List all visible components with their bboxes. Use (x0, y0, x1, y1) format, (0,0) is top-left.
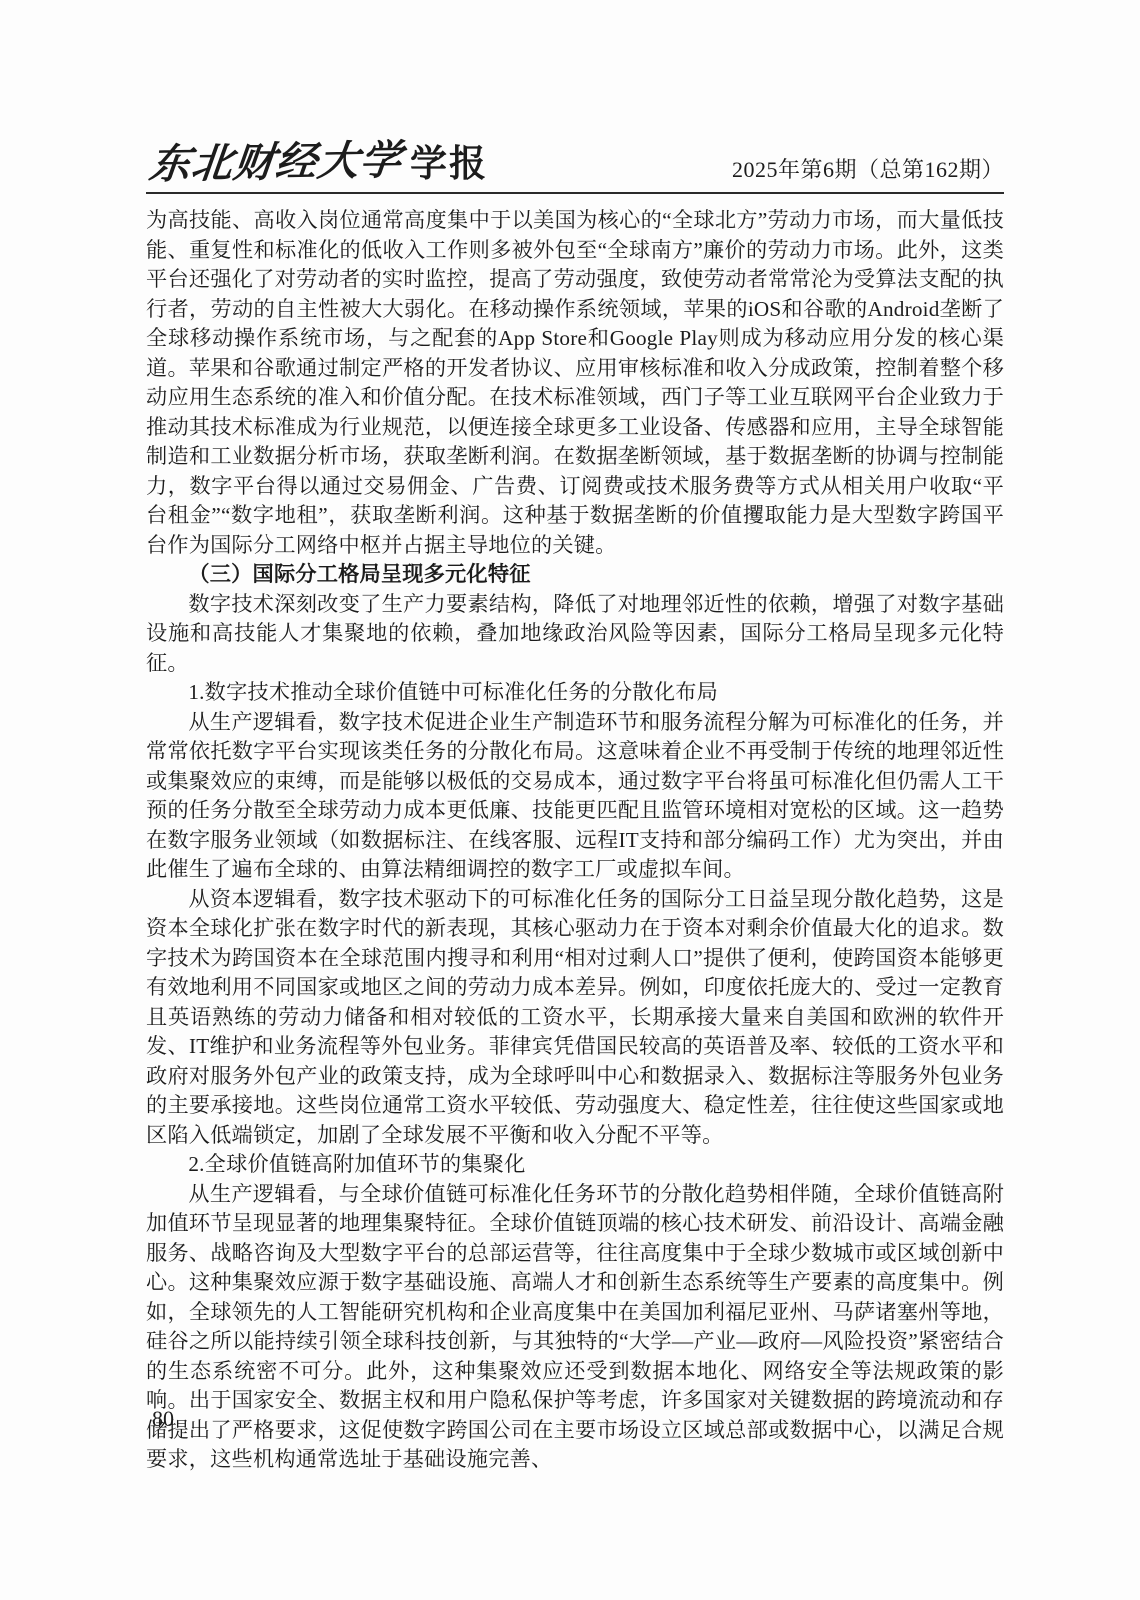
paragraph: 从生产逻辑看，与全球价值链可标准化任务环节的分散化趋势相伴随，全球价值链高附加值… (146, 1180, 1004, 1475)
paragraph: 从生产逻辑看，数字技术促进企业生产制造环节和服务流程分解为可标准化的任务，并常常… (146, 708, 1004, 885)
header-rule (146, 192, 1004, 194)
journal-page: 东北财经大学 学报 2025年第6期（总第162期） 为高技能、高收入岗位通常高… (0, 0, 1140, 1600)
issue-info: 2025年第6期（总第162期） (732, 153, 1004, 184)
paragraph: 数字技术深刻改变了生产力要素结构，降低了对地理邻近性的依赖，增强了对数字基础设施… (146, 590, 1004, 679)
journal-header: 东北财经大学 学报 2025年第6期（总第162期） (146, 132, 1004, 190)
journal-logo: 东北财经大学 学报 (150, 129, 488, 188)
article-body: 为高技能、高收入岗位通常高度集中于以美国为核心的“全球北方”劳动力市场，而大量低… (146, 206, 1004, 1475)
journal-logo-calligraphy: 东北财经大学 (147, 127, 406, 190)
page-number: 80 (152, 1406, 174, 1432)
paragraph-continuation: 为高技能、高收入岗位通常高度集中于以美国为核心的“全球北方”劳动力市场，而大量低… (146, 206, 1004, 560)
subsection-heading-2: 2.全球价值链高附加值环节的集聚化 (146, 1150, 1004, 1180)
paragraph: 从资本逻辑看，数字技术驱动下的可标准化任务的国际分工日益呈现分散化趋势，这是资本… (146, 885, 1004, 1151)
subsection-heading-1: 1.数字技术推动全球价值链中可标准化任务的分散化布局 (146, 678, 1004, 708)
journal-logo-suffix: 学报 (410, 133, 488, 187)
section-heading: （三）国际分工格局呈现多元化特征 (146, 560, 1004, 590)
